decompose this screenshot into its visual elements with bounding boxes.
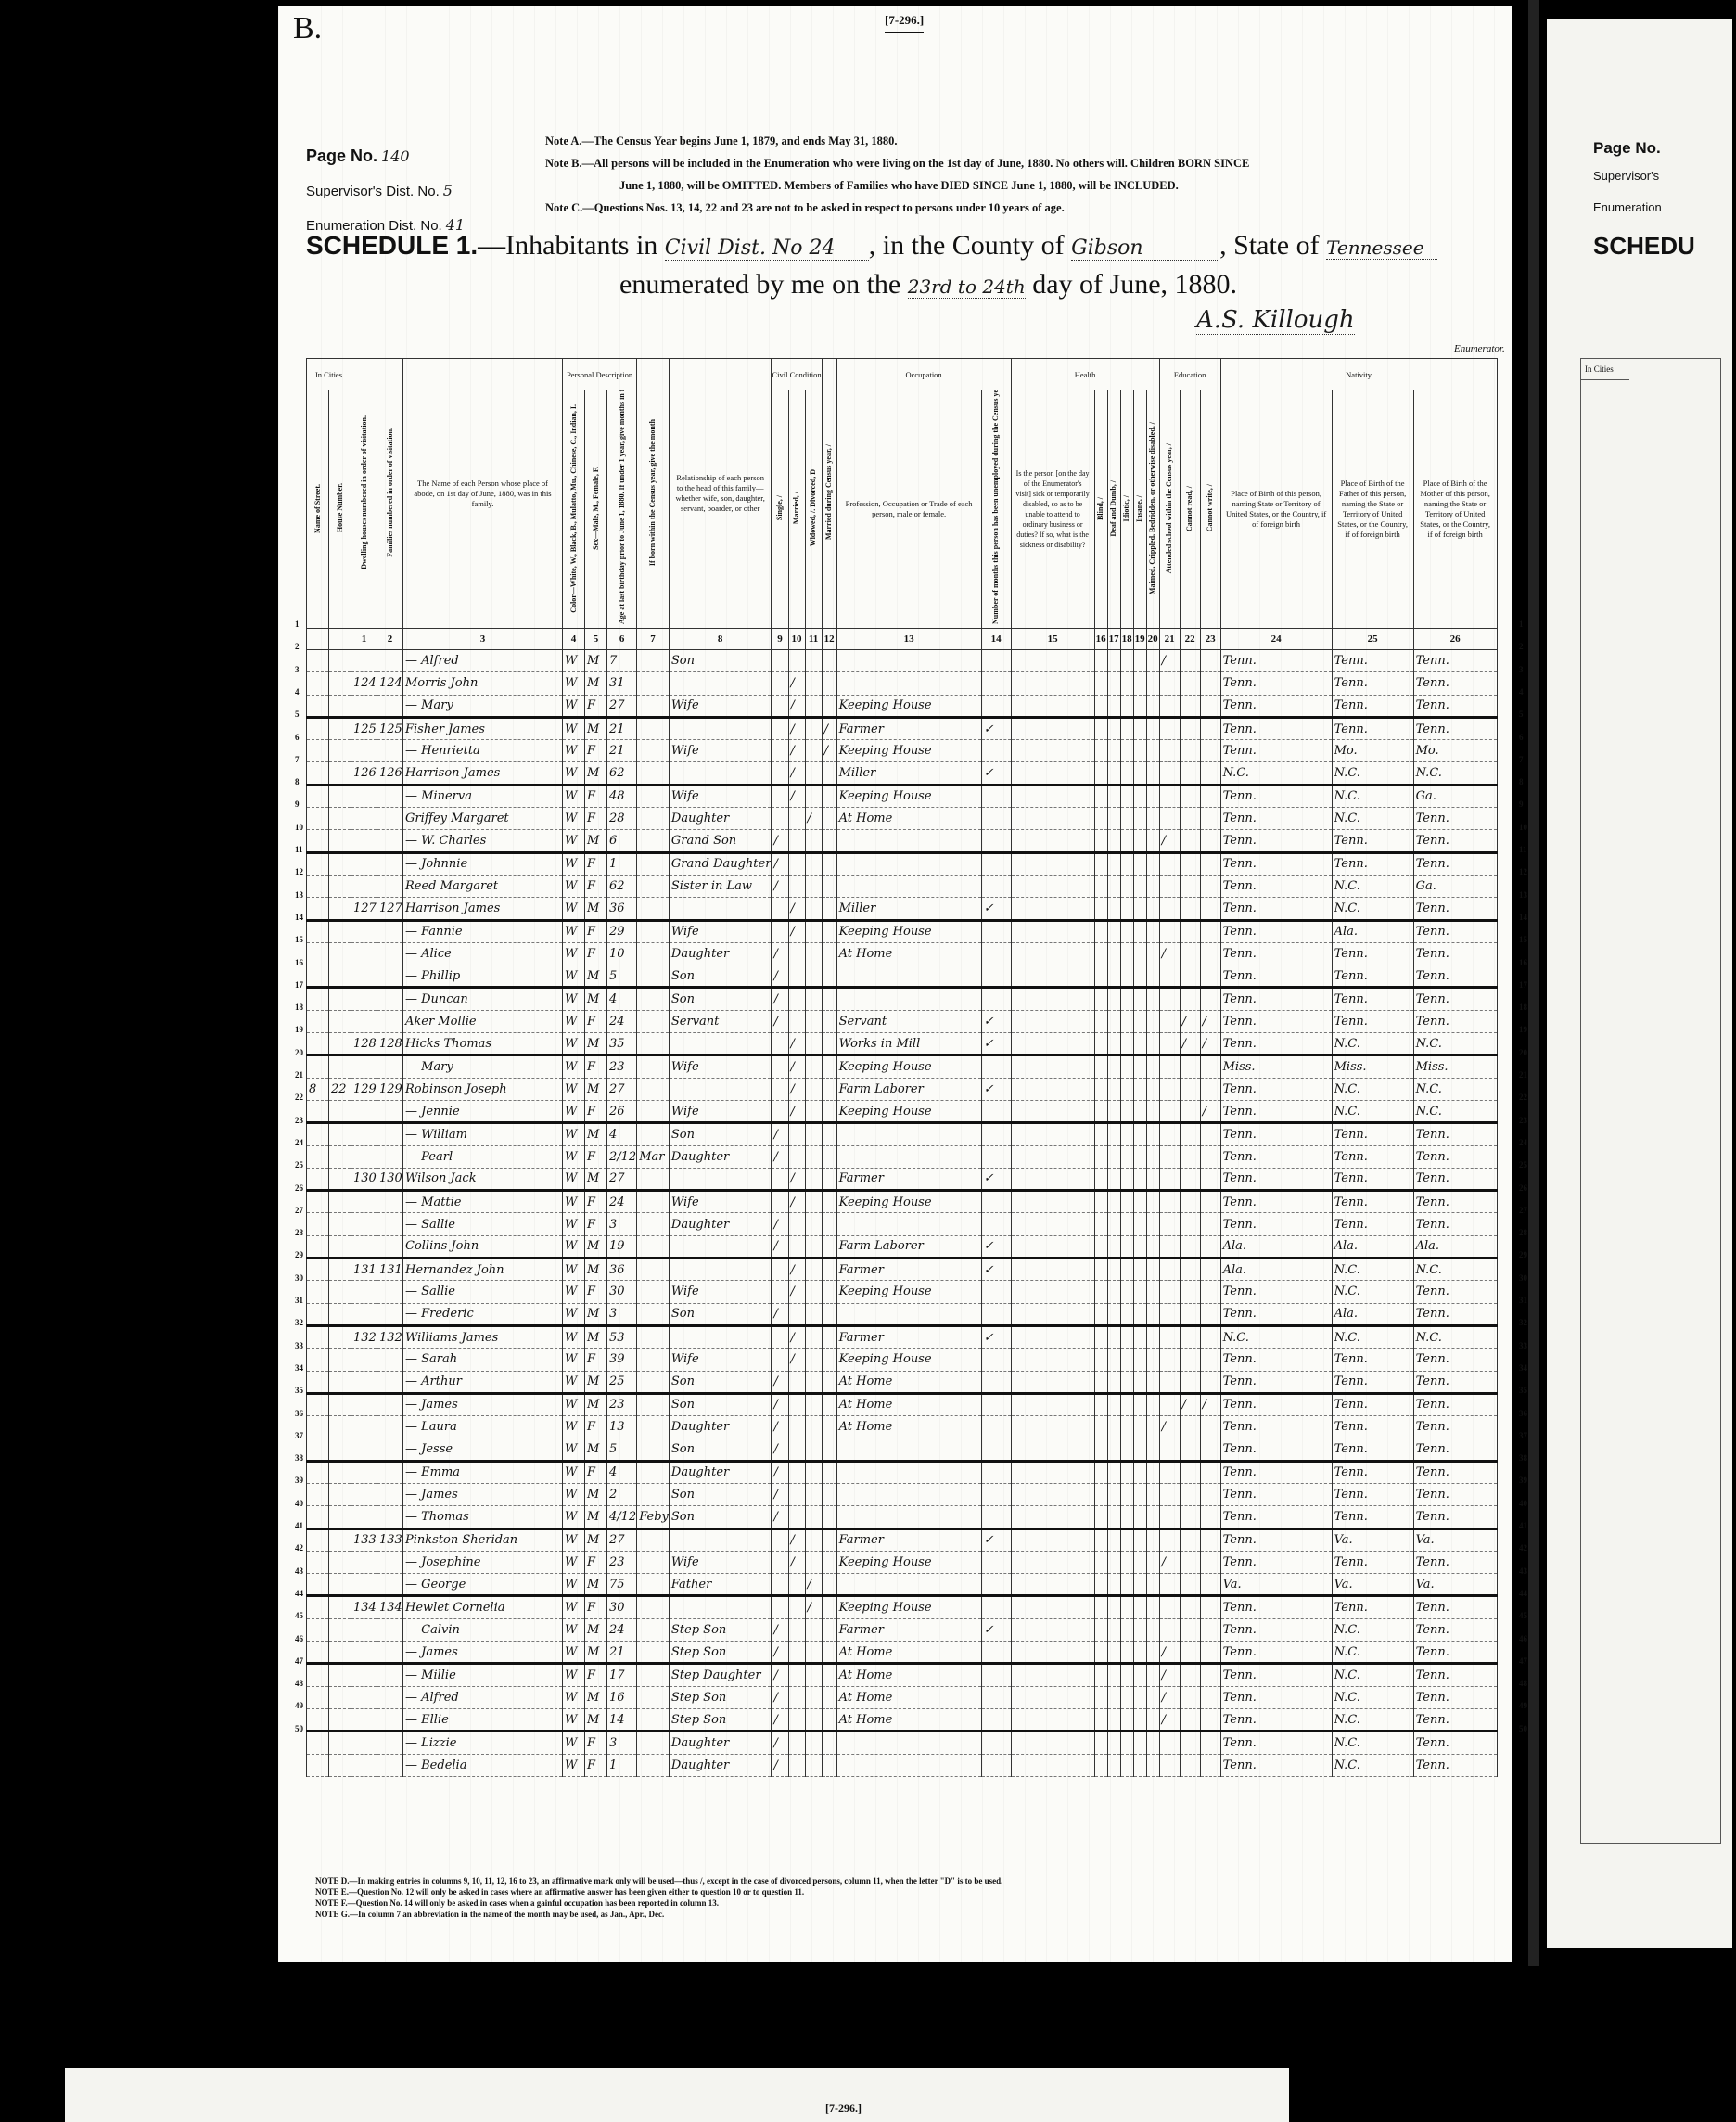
line-number: 21 xyxy=(295,1070,303,1080)
relationship-cell: Step Son xyxy=(669,1686,772,1708)
sex-cell: F xyxy=(585,1010,607,1032)
school-cell xyxy=(1159,1123,1180,1145)
street-cell xyxy=(307,1416,329,1438)
unemployed-cell xyxy=(981,1393,1011,1415)
line-number: 45 xyxy=(295,1611,303,1620)
age-cell: 25 xyxy=(607,1371,637,1393)
house-number-cell xyxy=(329,1123,351,1145)
father-birthplace-cell: Tenn. xyxy=(1332,830,1413,852)
widowed-cell xyxy=(805,1551,822,1573)
widowed-cell xyxy=(805,988,822,1010)
relationship-cell: Wife xyxy=(669,1349,772,1371)
cannot-write-cell xyxy=(1200,1303,1220,1325)
sickness-cell xyxy=(1011,1325,1094,1348)
birth-month-cell xyxy=(637,1168,670,1190)
table-row: — DuncanWM4Son/Tenn.Tenn.Tenn. xyxy=(307,988,1498,1010)
street-cell xyxy=(307,650,329,672)
street-cell xyxy=(307,1754,329,1776)
column-number: 9 xyxy=(772,629,788,650)
color-cell: W xyxy=(563,1618,585,1641)
cannot-read-cell xyxy=(1180,740,1200,762)
unemployed-cell xyxy=(981,1708,1011,1731)
blind-cell xyxy=(1094,785,1107,807)
insane-cell xyxy=(1133,1303,1146,1325)
school-cell xyxy=(1159,1055,1180,1078)
married-in-year-cell xyxy=(822,1123,836,1145)
table-row: — JesseWM5Son/Tenn.Tenn.Tenn. xyxy=(307,1438,1498,1461)
school-cell xyxy=(1159,1303,1180,1325)
street-cell xyxy=(307,1732,329,1754)
school-cell: / xyxy=(1159,1664,1180,1686)
dwelling-number-cell xyxy=(351,650,377,672)
maimed-cell xyxy=(1146,1506,1159,1528)
sex-cell: M xyxy=(585,965,607,988)
cannot-read-cell xyxy=(1180,1732,1200,1754)
insane-cell xyxy=(1133,920,1146,942)
cannot-write-cell xyxy=(1200,808,1220,830)
blind-cell xyxy=(1094,672,1107,695)
line-number: 18 xyxy=(1519,1003,1527,1012)
widowed-cell xyxy=(805,898,822,920)
house-number-cell xyxy=(329,1213,351,1235)
table-row: — JennieWF26Wife/Keeping House/Tenn.N.C.… xyxy=(307,1100,1498,1122)
family-number-cell: 131 xyxy=(377,1259,403,1281)
dwelling-number-cell xyxy=(351,875,377,897)
married-in-year-cell xyxy=(822,1213,836,1235)
line-number: 22 xyxy=(295,1093,303,1102)
sickness-cell xyxy=(1011,1191,1094,1213)
table-row: — JamesWM2Son/Tenn.Tenn.Tenn. xyxy=(307,1483,1498,1505)
sickness-cell xyxy=(1011,1754,1094,1776)
person-name-cell: — Frederic xyxy=(403,1303,563,1325)
person-name-cell: — Johnnie xyxy=(403,852,563,875)
line-number: 19 xyxy=(295,1025,303,1034)
father-birthplace-cell: N.C. xyxy=(1332,1033,1413,1055)
house-number-cell xyxy=(329,988,351,1010)
father-birthplace-cell: N.C. xyxy=(1332,1732,1413,1754)
widowed-cell xyxy=(805,875,822,897)
cannot-write-cell xyxy=(1200,1168,1220,1190)
column-number: 7 xyxy=(637,629,670,650)
family-number-cell: 133 xyxy=(377,1528,403,1551)
person-name-cell: — Arthur xyxy=(403,1371,563,1393)
father-birthplace-cell: N.C. xyxy=(1332,898,1413,920)
table-row: — JohnnieWF1Grand Daughter/Tenn.Tenn.Ten… xyxy=(307,852,1498,875)
age-cell: 75 xyxy=(607,1574,637,1596)
color-cell: W xyxy=(563,942,585,965)
idiotic-cell xyxy=(1120,1281,1133,1303)
age-cell: 29 xyxy=(607,920,637,942)
widowed-cell xyxy=(805,1483,822,1505)
cannot-read-cell xyxy=(1180,898,1200,920)
married-in-year-cell: / xyxy=(822,717,836,739)
street-cell xyxy=(307,1642,329,1664)
family-number-cell xyxy=(377,695,403,717)
table-row: 134134Hewlet CorneliaWF30/Keeping HouseT… xyxy=(307,1596,1498,1618)
mother-birthplace-cell: Tenn. xyxy=(1413,965,1497,988)
cannot-write-cell xyxy=(1200,785,1220,807)
single-cell xyxy=(772,1259,788,1281)
line-number: 33 xyxy=(295,1341,303,1350)
mother-birthplace-cell: Miss. xyxy=(1413,1055,1497,1078)
blind-cell xyxy=(1094,1033,1107,1055)
header-widowed: Widowed, /. Divorced, D xyxy=(809,467,818,548)
blind-cell xyxy=(1094,1235,1107,1258)
married-cell xyxy=(788,1574,805,1596)
single-cell: / xyxy=(772,1708,788,1731)
unemployed-cell xyxy=(981,1055,1011,1078)
cannot-write-cell xyxy=(1200,717,1220,739)
deaf-cell xyxy=(1107,1664,1120,1686)
cannot-read-cell xyxy=(1180,1596,1200,1618)
deaf-cell xyxy=(1107,1708,1120,1731)
street-cell xyxy=(307,1618,329,1641)
unemployed-cell xyxy=(981,852,1011,875)
enum-suffix: day of June, 1880. xyxy=(1032,269,1237,300)
person-name-cell: Harrison James xyxy=(403,898,563,920)
mother-birthplace-cell: Ga. xyxy=(1413,785,1497,807)
relationship-cell: Father xyxy=(669,1574,772,1596)
color-cell: W xyxy=(563,1259,585,1281)
idiotic-cell xyxy=(1120,1416,1133,1438)
line-number: 34 xyxy=(1519,1363,1527,1373)
school-cell xyxy=(1159,988,1180,1010)
column-number: 23 xyxy=(1200,629,1220,650)
mother-birthplace-cell: Tenn. xyxy=(1413,852,1497,875)
house-number-cell xyxy=(329,942,351,965)
idiotic-cell xyxy=(1120,1168,1133,1190)
idiotic-cell xyxy=(1120,1303,1133,1325)
age-cell: 4 xyxy=(607,988,637,1010)
deaf-cell xyxy=(1107,920,1120,942)
dwelling-number-cell: 128 xyxy=(351,1033,377,1055)
header-color: Color—White, W., Black, B., Mulatto, Mu.… xyxy=(569,403,579,615)
school-cell xyxy=(1159,740,1180,762)
idiotic-cell xyxy=(1120,695,1133,717)
family-number-cell xyxy=(377,1416,403,1438)
mother-birthplace-cell: Tenn. xyxy=(1413,672,1497,695)
insane-cell xyxy=(1133,988,1146,1010)
age-cell: 2 xyxy=(607,1483,637,1505)
person-name-cell: — Mattie xyxy=(403,1191,563,1213)
age-cell: 13 xyxy=(607,1416,637,1438)
sex-cell: F xyxy=(585,1551,607,1573)
sex-cell: M xyxy=(585,717,607,739)
person-name-cell: — Alice xyxy=(403,942,563,965)
dwelling-number-cell xyxy=(351,1235,377,1258)
widowed-cell xyxy=(805,1235,822,1258)
cannot-write-cell xyxy=(1200,1686,1220,1708)
married-cell xyxy=(788,1371,805,1393)
occupation-cell: Farmer xyxy=(836,1618,981,1641)
sex-cell: M xyxy=(585,1325,607,1348)
book-spine xyxy=(1528,0,1539,1966)
cannot-read-cell xyxy=(1180,1123,1200,1145)
occupation-cell: Farmer xyxy=(836,1528,981,1551)
column-number: 16 xyxy=(1094,629,1107,650)
cannot-write-cell xyxy=(1200,1281,1220,1303)
blind-cell xyxy=(1094,1754,1107,1776)
sickness-cell xyxy=(1011,965,1094,988)
single-cell xyxy=(772,785,788,807)
widowed-cell: / xyxy=(805,1596,822,1618)
mother-birthplace-cell: Tenn. xyxy=(1413,1010,1497,1032)
next-page-form-code: [7-296.] xyxy=(825,2102,862,2116)
blind-cell xyxy=(1094,1325,1107,1348)
widowed-cell xyxy=(805,1078,822,1100)
occupation-cell: Farm Laborer xyxy=(836,1235,981,1258)
widowed-cell xyxy=(805,1168,822,1190)
line-number: 35 xyxy=(295,1386,303,1395)
deaf-cell xyxy=(1107,875,1120,897)
line-number: 48 xyxy=(295,1679,303,1688)
occupation-cell: Keeping House xyxy=(836,1055,981,1078)
unemployed-cell xyxy=(981,1506,1011,1528)
married-in-year-cell xyxy=(822,965,836,988)
table-row: — MinervaWF48Wife/Keeping HouseTenn.N.C.… xyxy=(307,785,1498,807)
birthplace-cell: Tenn. xyxy=(1220,1371,1332,1393)
unemployed-cell xyxy=(981,695,1011,717)
deaf-cell xyxy=(1107,1642,1120,1664)
sickness-cell xyxy=(1011,762,1094,785)
color-cell: W xyxy=(563,1145,585,1168)
insane-cell xyxy=(1133,672,1146,695)
person-name-cell: — Emma xyxy=(403,1461,563,1483)
deaf-cell xyxy=(1107,785,1120,807)
sex-cell: F xyxy=(585,875,607,897)
age-cell: 1 xyxy=(607,852,637,875)
birthplace-cell: Tenn. xyxy=(1220,1100,1332,1122)
school-cell xyxy=(1159,965,1180,988)
column-number: 12 xyxy=(822,629,836,650)
unemployed-cell xyxy=(981,1100,1011,1122)
birth-month-cell xyxy=(637,785,670,807)
blind-cell xyxy=(1094,898,1107,920)
occupation-cell: Farm Laborer xyxy=(836,1078,981,1100)
dwelling-number-cell xyxy=(351,1303,377,1325)
deaf-cell xyxy=(1107,1281,1120,1303)
sex-cell: M xyxy=(585,898,607,920)
married-in-year-cell xyxy=(822,808,836,830)
birth-month-cell xyxy=(637,1551,670,1573)
idiotic-cell xyxy=(1120,1055,1133,1078)
header-birth-self: Place of Birth of this person, naming St… xyxy=(1220,390,1332,629)
table-row: 132132Williams JamesWM53/Farmer✓N.C.N.C.… xyxy=(307,1325,1498,1348)
cannot-read-cell xyxy=(1180,1528,1200,1551)
cannot-read-cell xyxy=(1180,1191,1200,1213)
cannot-read-cell xyxy=(1180,920,1200,942)
sex-cell: M xyxy=(585,1708,607,1731)
maimed-cell xyxy=(1146,672,1159,695)
age-cell: 23 xyxy=(607,1393,637,1415)
street-cell xyxy=(307,1551,329,1573)
married-in-year-cell xyxy=(822,942,836,965)
father-birthplace-cell: Tenn. xyxy=(1332,988,1413,1010)
father-birthplace-cell: Va. xyxy=(1332,1528,1413,1551)
idiotic-cell xyxy=(1120,1145,1133,1168)
birthplace-cell: Tenn. xyxy=(1220,1191,1332,1213)
age-cell: 1 xyxy=(607,1754,637,1776)
occupation-cell xyxy=(836,1213,981,1235)
birthplace-cell: Tenn. xyxy=(1220,808,1332,830)
person-name-cell: — Josephine xyxy=(403,1551,563,1573)
age-cell: 21 xyxy=(607,717,637,739)
table-row: — SallieWF30Wife/Keeping HouseTenn.N.C.T… xyxy=(307,1281,1498,1303)
person-name-cell: Morris John xyxy=(403,672,563,695)
mother-birthplace-cell: N.C. xyxy=(1413,1100,1497,1122)
birth-month-cell xyxy=(637,695,670,717)
married-in-year-cell xyxy=(822,1281,836,1303)
birth-month-cell xyxy=(637,1078,670,1100)
married-cell xyxy=(788,1010,805,1032)
color-cell: W xyxy=(563,1416,585,1438)
color-cell: W xyxy=(563,830,585,852)
color-cell: W xyxy=(563,1664,585,1686)
relationship-cell: Son xyxy=(669,1506,772,1528)
street-cell xyxy=(307,785,329,807)
widowed-cell xyxy=(805,1100,822,1122)
sickness-cell xyxy=(1011,1349,1094,1371)
sex-cell: M xyxy=(585,1438,607,1461)
single-cell xyxy=(772,672,788,695)
maimed-cell xyxy=(1146,1438,1159,1461)
widowed-cell xyxy=(805,1461,822,1483)
sex-cell: F xyxy=(585,1055,607,1078)
married-cell xyxy=(788,1732,805,1754)
married-in-year-cell xyxy=(822,1461,836,1483)
color-cell: W xyxy=(563,1078,585,1100)
single-cell xyxy=(772,1574,788,1596)
birth-month-cell xyxy=(637,1708,670,1731)
sickness-cell xyxy=(1011,830,1094,852)
table-row: Aker MollieWF24Servant/Servant✓//Tenn.Te… xyxy=(307,1010,1498,1032)
unemployed-cell xyxy=(981,1123,1011,1145)
house-number-cell xyxy=(329,1686,351,1708)
family-number-cell xyxy=(377,785,403,807)
birth-month-cell xyxy=(637,1235,670,1258)
occupation-cell xyxy=(836,1123,981,1145)
line-number: 40 xyxy=(1519,1499,1527,1508)
column-number: 11 xyxy=(805,629,822,650)
table-row: — LizzieWF3Daughter/Tenn.N.C.Tenn. xyxy=(307,1732,1498,1754)
blind-cell xyxy=(1094,1055,1107,1078)
school-cell xyxy=(1159,1618,1180,1641)
street-cell xyxy=(307,1033,329,1055)
deaf-cell xyxy=(1107,1010,1120,1032)
married-cell: / xyxy=(788,1259,805,1281)
idiotic-cell xyxy=(1120,1191,1133,1213)
header-age: Age at last birthday prior to June 1, 18… xyxy=(618,390,627,626)
deaf-cell xyxy=(1107,1123,1120,1145)
maimed-cell xyxy=(1146,942,1159,965)
single-cell: / xyxy=(772,1664,788,1686)
line-number: 22 xyxy=(1519,1093,1527,1102)
birth-month-cell xyxy=(637,1325,670,1348)
birth-month-cell xyxy=(637,965,670,988)
table-row: — AliceWF10Daughter/At Home/Tenn.Tenn.Te… xyxy=(307,942,1498,965)
insane-cell xyxy=(1133,1461,1146,1483)
widowed-cell xyxy=(805,1664,822,1686)
line-number: 47 xyxy=(1519,1656,1527,1666)
house-number-cell xyxy=(329,672,351,695)
mother-birthplace-cell: Tenn. xyxy=(1413,1686,1497,1708)
birthplace-cell: Tenn. xyxy=(1220,650,1332,672)
line-number: 11 xyxy=(295,845,303,854)
line-number: 23 xyxy=(295,1116,303,1125)
table-row: — PearlWF2/12MarDaughter/Tenn.Tenn.Tenn. xyxy=(307,1145,1498,1168)
table-row: — MaryWF23Wife/Keeping HouseMiss.Miss.Mi… xyxy=(307,1055,1498,1078)
sex-cell: M xyxy=(585,1303,607,1325)
age-cell: 19 xyxy=(607,1235,637,1258)
dwelling-number-cell xyxy=(351,1461,377,1483)
maimed-cell xyxy=(1146,1325,1159,1348)
occupation-cell: Keeping House xyxy=(836,1551,981,1573)
cannot-write-cell xyxy=(1200,1483,1220,1505)
idiotic-cell xyxy=(1120,1732,1133,1754)
line-number: 41 xyxy=(295,1521,303,1530)
family-number-cell xyxy=(377,1754,403,1776)
line-number: 20 xyxy=(295,1048,303,1057)
father-birthplace-cell: Tenn. xyxy=(1332,1438,1413,1461)
footnote-g: NOTE G.—In column 7 an abbreviation in t… xyxy=(315,1909,1002,1920)
married-in-year-cell xyxy=(822,898,836,920)
enumeration-date-line: enumerated by me on the 23rd to 24th day… xyxy=(619,269,1237,300)
age-cell: 35 xyxy=(607,1033,637,1055)
cannot-write-cell xyxy=(1200,1349,1220,1371)
birth-month-cell xyxy=(637,830,670,852)
unemployed-cell: ✓ xyxy=(981,1010,1011,1032)
street-cell xyxy=(307,1528,329,1551)
father-birthplace-cell: Tenn. xyxy=(1332,1371,1413,1393)
single-cell: / xyxy=(772,1506,788,1528)
sex-cell: M xyxy=(585,1483,607,1505)
insane-cell xyxy=(1133,1325,1146,1348)
family-number-cell xyxy=(377,1708,403,1731)
maimed-cell xyxy=(1146,1574,1159,1596)
widowed-cell: / xyxy=(805,1574,822,1596)
group-civil: Civil Condition xyxy=(772,359,822,390)
maimed-cell xyxy=(1146,650,1159,672)
adjacent-enumeration-label: Enumeration xyxy=(1593,200,1662,214)
line-number: 16 xyxy=(295,958,303,967)
single-cell: / xyxy=(772,1461,788,1483)
idiotic-cell xyxy=(1120,762,1133,785)
age-cell: 4 xyxy=(607,1123,637,1145)
dwelling-number-cell xyxy=(351,1191,377,1213)
school-cell xyxy=(1159,1506,1180,1528)
header-school: Attended school within the Census year, … xyxy=(1165,441,1174,575)
cannot-write-cell xyxy=(1200,762,1220,785)
dwelling-number-cell: 132 xyxy=(351,1325,377,1348)
cannot-read-cell xyxy=(1180,1642,1200,1664)
idiotic-cell xyxy=(1120,740,1133,762)
birthplace-cell: Tenn. xyxy=(1220,1145,1332,1168)
sickness-cell xyxy=(1011,1664,1094,1686)
sickness-cell xyxy=(1011,875,1094,897)
unemployed-cell xyxy=(981,650,1011,672)
birth-month-cell xyxy=(637,942,670,965)
relationship-cell: Son xyxy=(669,988,772,1010)
blind-cell xyxy=(1094,650,1107,672)
married-cell xyxy=(788,808,805,830)
idiotic-cell xyxy=(1120,650,1133,672)
table-row: — FredericWM3Son/Tenn.Ala.Tenn. xyxy=(307,1303,1498,1325)
sex-cell: M xyxy=(585,1574,607,1596)
color-cell: W xyxy=(563,1642,585,1664)
schedule-title: SCHEDULE 1.—Inhabitants in Civil Dist. N… xyxy=(306,230,1437,262)
page-no-label: Page No. xyxy=(306,147,377,165)
relationship-cell: Daughter xyxy=(669,1145,772,1168)
